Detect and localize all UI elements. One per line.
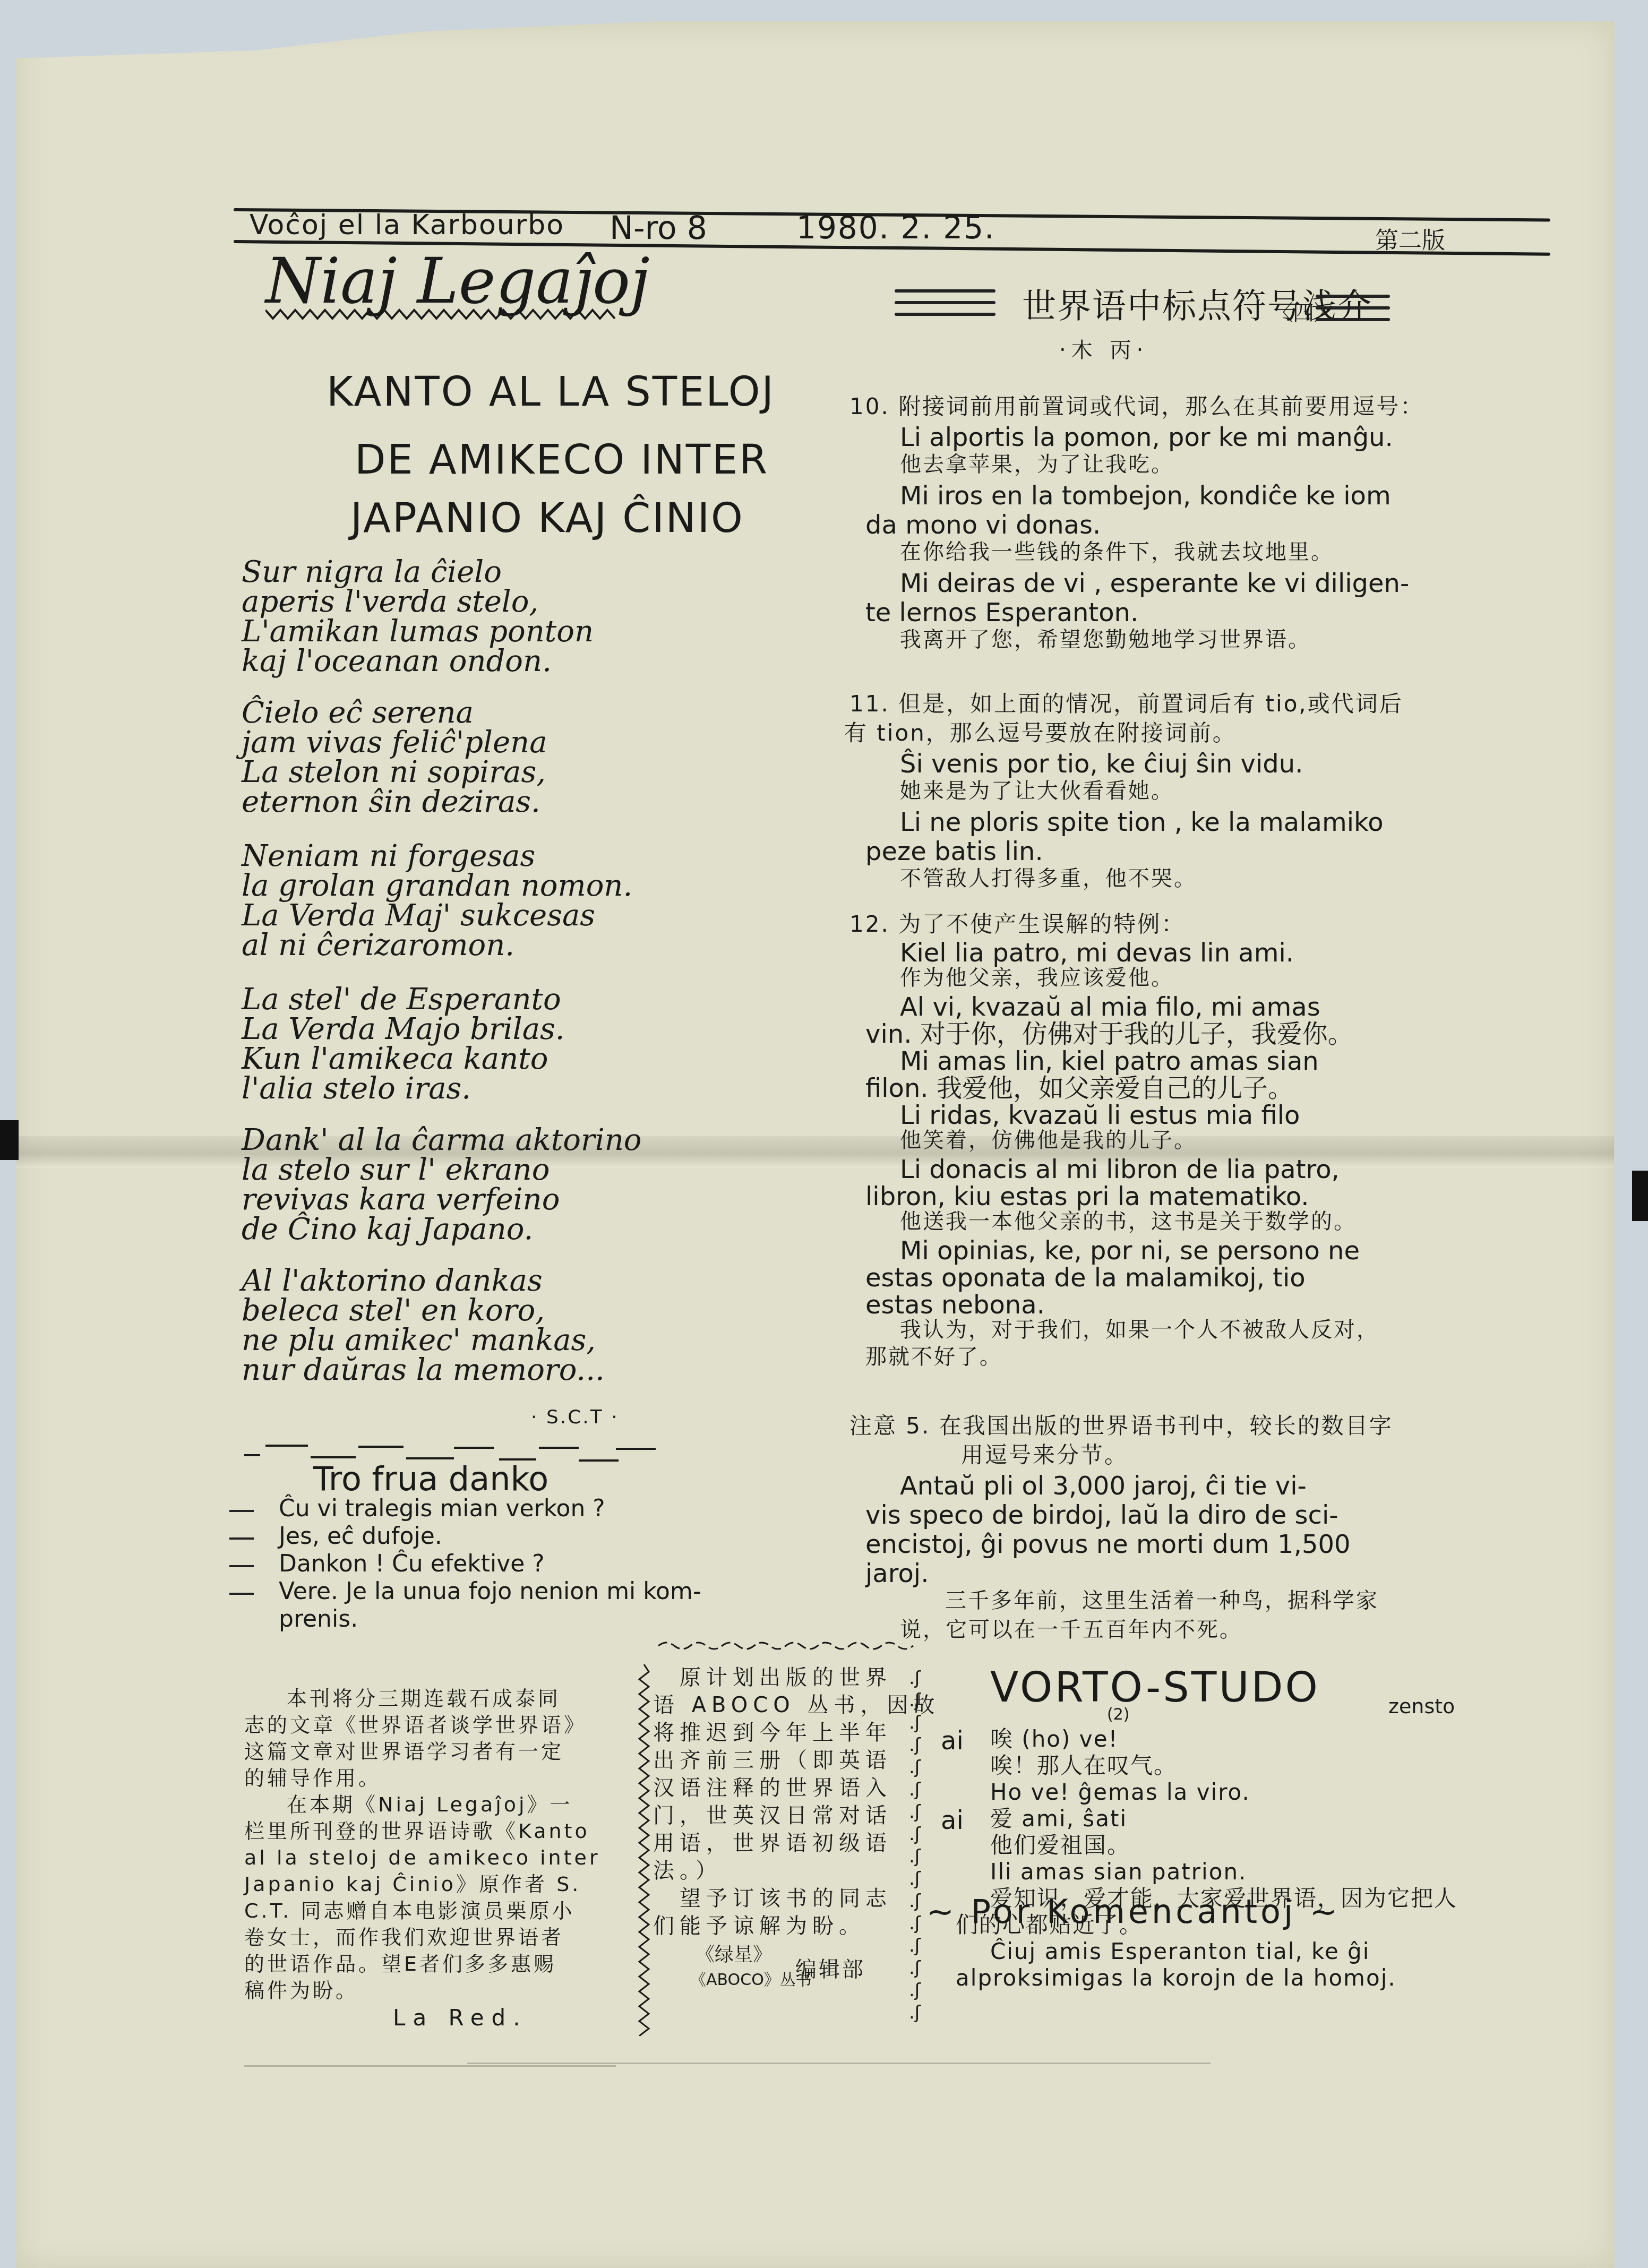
poem-line: La stel' de Esperanto: [242, 985, 561, 1015]
poem-line: Al l'aktorino dankas: [242, 1266, 543, 1296]
article-section-heading: 11. 但是，如上面的情况，前置词后有 tio,或代词后: [849, 693, 1403, 715]
poem-line: nur daŭras la memoro...: [242, 1355, 605, 1385]
article-author: ·木 丙·: [1059, 340, 1148, 361]
notice-line: 的世语作品。望E者们多多惠赐: [244, 1954, 556, 1974]
poem-line: Ĉielo eĉ serena: [242, 698, 474, 728]
chinese-translation: 她来是为了让大伙看看她。: [900, 780, 1174, 802]
esperanto-example: vin. 对于你，仿佛对于我的儿子，我爱你。: [865, 1021, 1353, 1047]
esperanto-example: peze batis lin.: [865, 839, 1043, 864]
faint-rule: [244, 2065, 616, 2067]
esperanto-example: Li ne ploris spite tion , ke la malamiko: [900, 810, 1384, 835]
dialog-dash: [229, 1510, 254, 1512]
esperanto-example: Mi deiras de vi , esperante ke vi dilige…: [900, 571, 1409, 596]
poem-line: eternon ŝin deziras.: [242, 787, 540, 817]
notice-line: 志的文章《世界语者谈学世界语》: [244, 1715, 587, 1735]
poem-line: ne plu amikec' mankas,: [242, 1326, 596, 1355]
title-rule-left: [895, 289, 995, 321]
poem-line: revivas kara verfeino: [242, 1185, 560, 1215]
vocabulary-line: Ĉiuj amis Esperanton tial, ke ĝi: [990, 1940, 1370, 1963]
vocabulary-line: 爱 ami, ŝati: [990, 1808, 1127, 1830]
chinese-translation: 三千多年前，这里生活着一种鸟，据科学家: [945, 1590, 1379, 1611]
esperanto-example: Mi iros en la tombejon, kondiĉe ke iom: [900, 483, 1391, 509]
chinese-translation: 我离开了您，希望您勤勉地学习世界语。: [900, 629, 1311, 650]
aboco-line: 门，世英汉日常对话: [653, 1805, 892, 1826]
esperanto-example: filon. 我爱他，如父亲爱自己的儿子。: [865, 1076, 1293, 1101]
dialog-line: Jes, eĉ dufoje.: [279, 1525, 442, 1548]
poem-line: Dank' al la ĉarma aktorino: [242, 1126, 641, 1155]
article-section-heading: 10. 附接词前用前置词或代词，那么在其前要用逗号：: [849, 396, 1424, 418]
aboco-line: 语 ABOCO 丛书，因故: [653, 1695, 940, 1716]
vorto-studo-part: (2): [1107, 1707, 1130, 1723]
notice-line: C.T. 同志赠自本电影演员栗原小: [244, 1901, 574, 1921]
notice-line: 卷女士，而作我们欢迎世界语者: [244, 1927, 564, 1947]
poem-line: l'alia stelo iras.: [242, 1074, 471, 1104]
aboco-sig-bottom: 《ABOCO》丛书: [690, 1972, 812, 1988]
entry-marker: ai: [941, 1728, 964, 1754]
notice-line: 本刊将分三期连载石成泰同: [287, 1688, 561, 1708]
aboco-line: 将推迟到今年上半年: [653, 1722, 892, 1743]
vorto-studo-author: zensto: [1388, 1696, 1455, 1716]
article-section-heading: 用逗号来分节。: [961, 1444, 1128, 1466]
vocabulary-line: 他们爱祖国。: [990, 1834, 1130, 1857]
poem-line: la grolan grandan nomon.: [242, 871, 632, 901]
poem-line: Sur nigra la ĉielo: [242, 557, 502, 587]
poem-line: La stelon ni sopiras,: [242, 758, 546, 787]
dialog-line: Ĉu vi tralegis mian verkon ?: [279, 1497, 605, 1520]
vocabulary-line: 唉 (ho) ve!: [990, 1728, 1118, 1750]
esperanto-example: libron, kiu estas pri la matematiko.: [865, 1184, 1309, 1209]
article-section-heading: 注意 5. 在我国出版的世界语书刊中，较长的数目字: [849, 1415, 1393, 1437]
dialog-title: Tro frua danko: [313, 1463, 548, 1496]
vorto-studo-title: VORTO-STUDO: [990, 1667, 1320, 1708]
issue-number: N-ro 8: [610, 212, 707, 244]
poem-line: la stelo sur l' ekrano: [242, 1155, 550, 1185]
esperanto-example: Al vi, kvazaŭ al mia filo, mi amas: [900, 994, 1320, 1020]
esperanto-example: Mi opinias, ke, por ni, se persono ne: [900, 1238, 1360, 1264]
poem-title-line-1: KANTO AL LA STELOJ: [327, 372, 775, 412]
dialog-dash: [229, 1593, 254, 1595]
poem-line: La Verda Maj' sukcesas: [242, 901, 595, 931]
esperanto-example: vis speco de birdoj, laŭ la diro de sci-: [865, 1502, 1338, 1528]
chinese-translation: 他送我一本他父亲的书，这书是关于数学的。: [900, 1211, 1357, 1232]
esperanto-example: Mi amas lin, kiel patro amas sian: [900, 1049, 1319, 1074]
aboco-line: 用语，世界语初级语: [653, 1833, 892, 1854]
poem-line: de Ĉino kaj Japano.: [242, 1215, 533, 1244]
notice-line: 稿件为盼。: [244, 1980, 358, 2000]
poem-byline: · S.C.T ·: [531, 1408, 619, 1427]
aboco-line: 汉语注释的世界语入: [653, 1777, 892, 1799]
binder-clip-right: [1632, 1171, 1648, 1221]
binder-clip-left: [0, 1120, 19, 1160]
notice-line: 这篇文章对世界语学习者有一定: [244, 1741, 564, 1762]
esperanto-example: Kiel lia patro, mi devas lin ami.: [900, 940, 1294, 966]
section-title: Niaj Legaĵoj: [265, 250, 650, 312]
notice-signature: La Red.: [393, 2007, 528, 2029]
poem-line: al ni ĉerizaromon.: [242, 931, 514, 960]
notice-line: 栏里所刊登的世界语诗歌《Kanto: [244, 1821, 590, 1841]
esperanto-example: encistoj, ĝi povus ne morti dum 1,500: [865, 1532, 1351, 1557]
esperanto-example: te lernos Esperanton.: [865, 600, 1138, 625]
esperanto-example: Ŝi venis por tio, ke ĉiuj ŝin vidu.: [900, 751, 1303, 777]
article-section-heading: 12. 为了不使产生误解的特例：: [849, 913, 1185, 935]
aboco-line: 出齐前三册（即英语: [653, 1750, 892, 1771]
esperanto-example: Antaŭ pli ol 3,000 jaroj, ĉi tie vi-: [900, 1473, 1307, 1499]
poem-line: Kun l'amikeca kanto: [242, 1044, 548, 1074]
dialog-dash: [229, 1565, 254, 1567]
entry-marker: ai: [941, 1808, 964, 1833]
faint-rule: [467, 2063, 1211, 2064]
title-rule-right: [1316, 295, 1390, 327]
aboco-line: 望予订该书的同志: [680, 1888, 892, 1909]
poem-title-line-2: DE AMIKECO INTER: [355, 440, 769, 480]
chinese-translation: 说，它可以在一千五百年内不死。: [900, 1619, 1242, 1640]
aboco-sig-top: 《绿星》: [696, 1946, 772, 1965]
chinese-translation: 他笑着，仿佛他是我的儿子。: [900, 1130, 1197, 1151]
aboco-line: 原计划出版的世界: [680, 1667, 892, 1688]
edition-label: 第二版: [1375, 229, 1445, 253]
vocabulary-line: Ili amas sian patrion.: [990, 1861, 1247, 1883]
esperanto-example: da mono vi donas.: [865, 512, 1101, 538]
masthead-title: Voĉoj el la Karbourbo: [250, 211, 564, 239]
article-section-heading: 有 tion，那么逗号要放在附接词前。: [844, 722, 1237, 744]
esperanto-example: Li alportis la pomon, por ke mi manĝu.: [900, 425, 1393, 450]
aboco-line: 们能予谅解为盼。: [653, 1915, 865, 1937]
chinese-translation: 我认为，对于我们，如果一个人不被敌人反对，: [900, 1319, 1379, 1341]
wavy-underline: [265, 307, 632, 322]
notice-line: 的辅导作用。: [244, 1768, 381, 1788]
poem-line: jam vivas feliĉ'plena: [242, 728, 547, 758]
chinese-translation: 作为他父亲，我应该爱他。: [900, 967, 1174, 989]
wavy-divider: [658, 1638, 934, 1654]
notice-line: 在本期《Niaj Legaĵoj》一: [287, 1794, 573, 1815]
aboco-line: 法。）: [653, 1860, 722, 1882]
decorative-s-column: .ʃ .ʃ .ʃ .ʃ .ʃ .ʃ .ʃ .ʃ .ʃ .ʃ .ʃ .ʃ .ʃ .…: [909, 1667, 921, 2024]
notice-line: al la steloj de amikeco inter: [244, 1848, 600, 1868]
poem-line: Neniam ni forgesas: [242, 841, 535, 871]
esperanto-example: jaroj.: [865, 1561, 929, 1586]
issue-date: 1980. 2. 25.: [796, 212, 995, 243]
esperanto-example: estas nebona.: [865, 1292, 1045, 1318]
vocabulary-line: Ho ve! ĝemas la viro.: [990, 1781, 1250, 1803]
vocabulary-line: 唉！那人在叹气。: [990, 1755, 1177, 1777]
poem-title-line-3: JAPANIO KAJ ĈINIO: [350, 498, 744, 538]
dialog-line: Vere. Je la unua fojo nenion mi kom-: [279, 1580, 701, 1603]
vorto-studo-footer: ~ Por Komencantoj ~: [926, 1895, 1341, 1928]
dialog-dash: [229, 1537, 254, 1540]
chinese-translation: 不管敌人打得多重，他不哭。: [900, 868, 1197, 889]
poem-line: aperis l'verda stelo,: [242, 587, 538, 617]
poem-line: kaj l'oceanan ondon.: [242, 647, 552, 676]
esperanto-example: Li ridas, kvazaŭ li estus mia filo: [900, 1103, 1300, 1128]
vocabulary-line: alproksimigas la korojn de la homoj.: [956, 1967, 1396, 1989]
poem-line: L'amikan lumas ponton: [242, 617, 594, 647]
notice-line: Japanio kaj Ĉinio》原作者 S.: [244, 1874, 581, 1894]
chinese-translation: 那就不好了。: [865, 1346, 1002, 1368]
chinese-translation: 在你给我一些钱的条件下，我就去坟地里。: [900, 542, 1334, 563]
dialog-line: prenis.: [279, 1608, 358, 1631]
aboco-sig-right: 编辑部: [795, 1959, 865, 1980]
poem-line: La Verda Majo brilas.: [242, 1015, 565, 1044]
esperanto-example: Li donacis al mi libron de lia patro,: [900, 1157, 1340, 1182]
esperanto-example: estas oponata de la malamikoj, tio: [865, 1265, 1306, 1291]
box-divider-left: [637, 1664, 651, 2036]
poem-line: beleca stel' en koro,: [242, 1296, 545, 1326]
dialog-line: Dankon ! Ĉu efektive ?: [279, 1552, 545, 1576]
chinese-translation: 他去拿苹果，为了让我吃。: [900, 454, 1174, 475]
